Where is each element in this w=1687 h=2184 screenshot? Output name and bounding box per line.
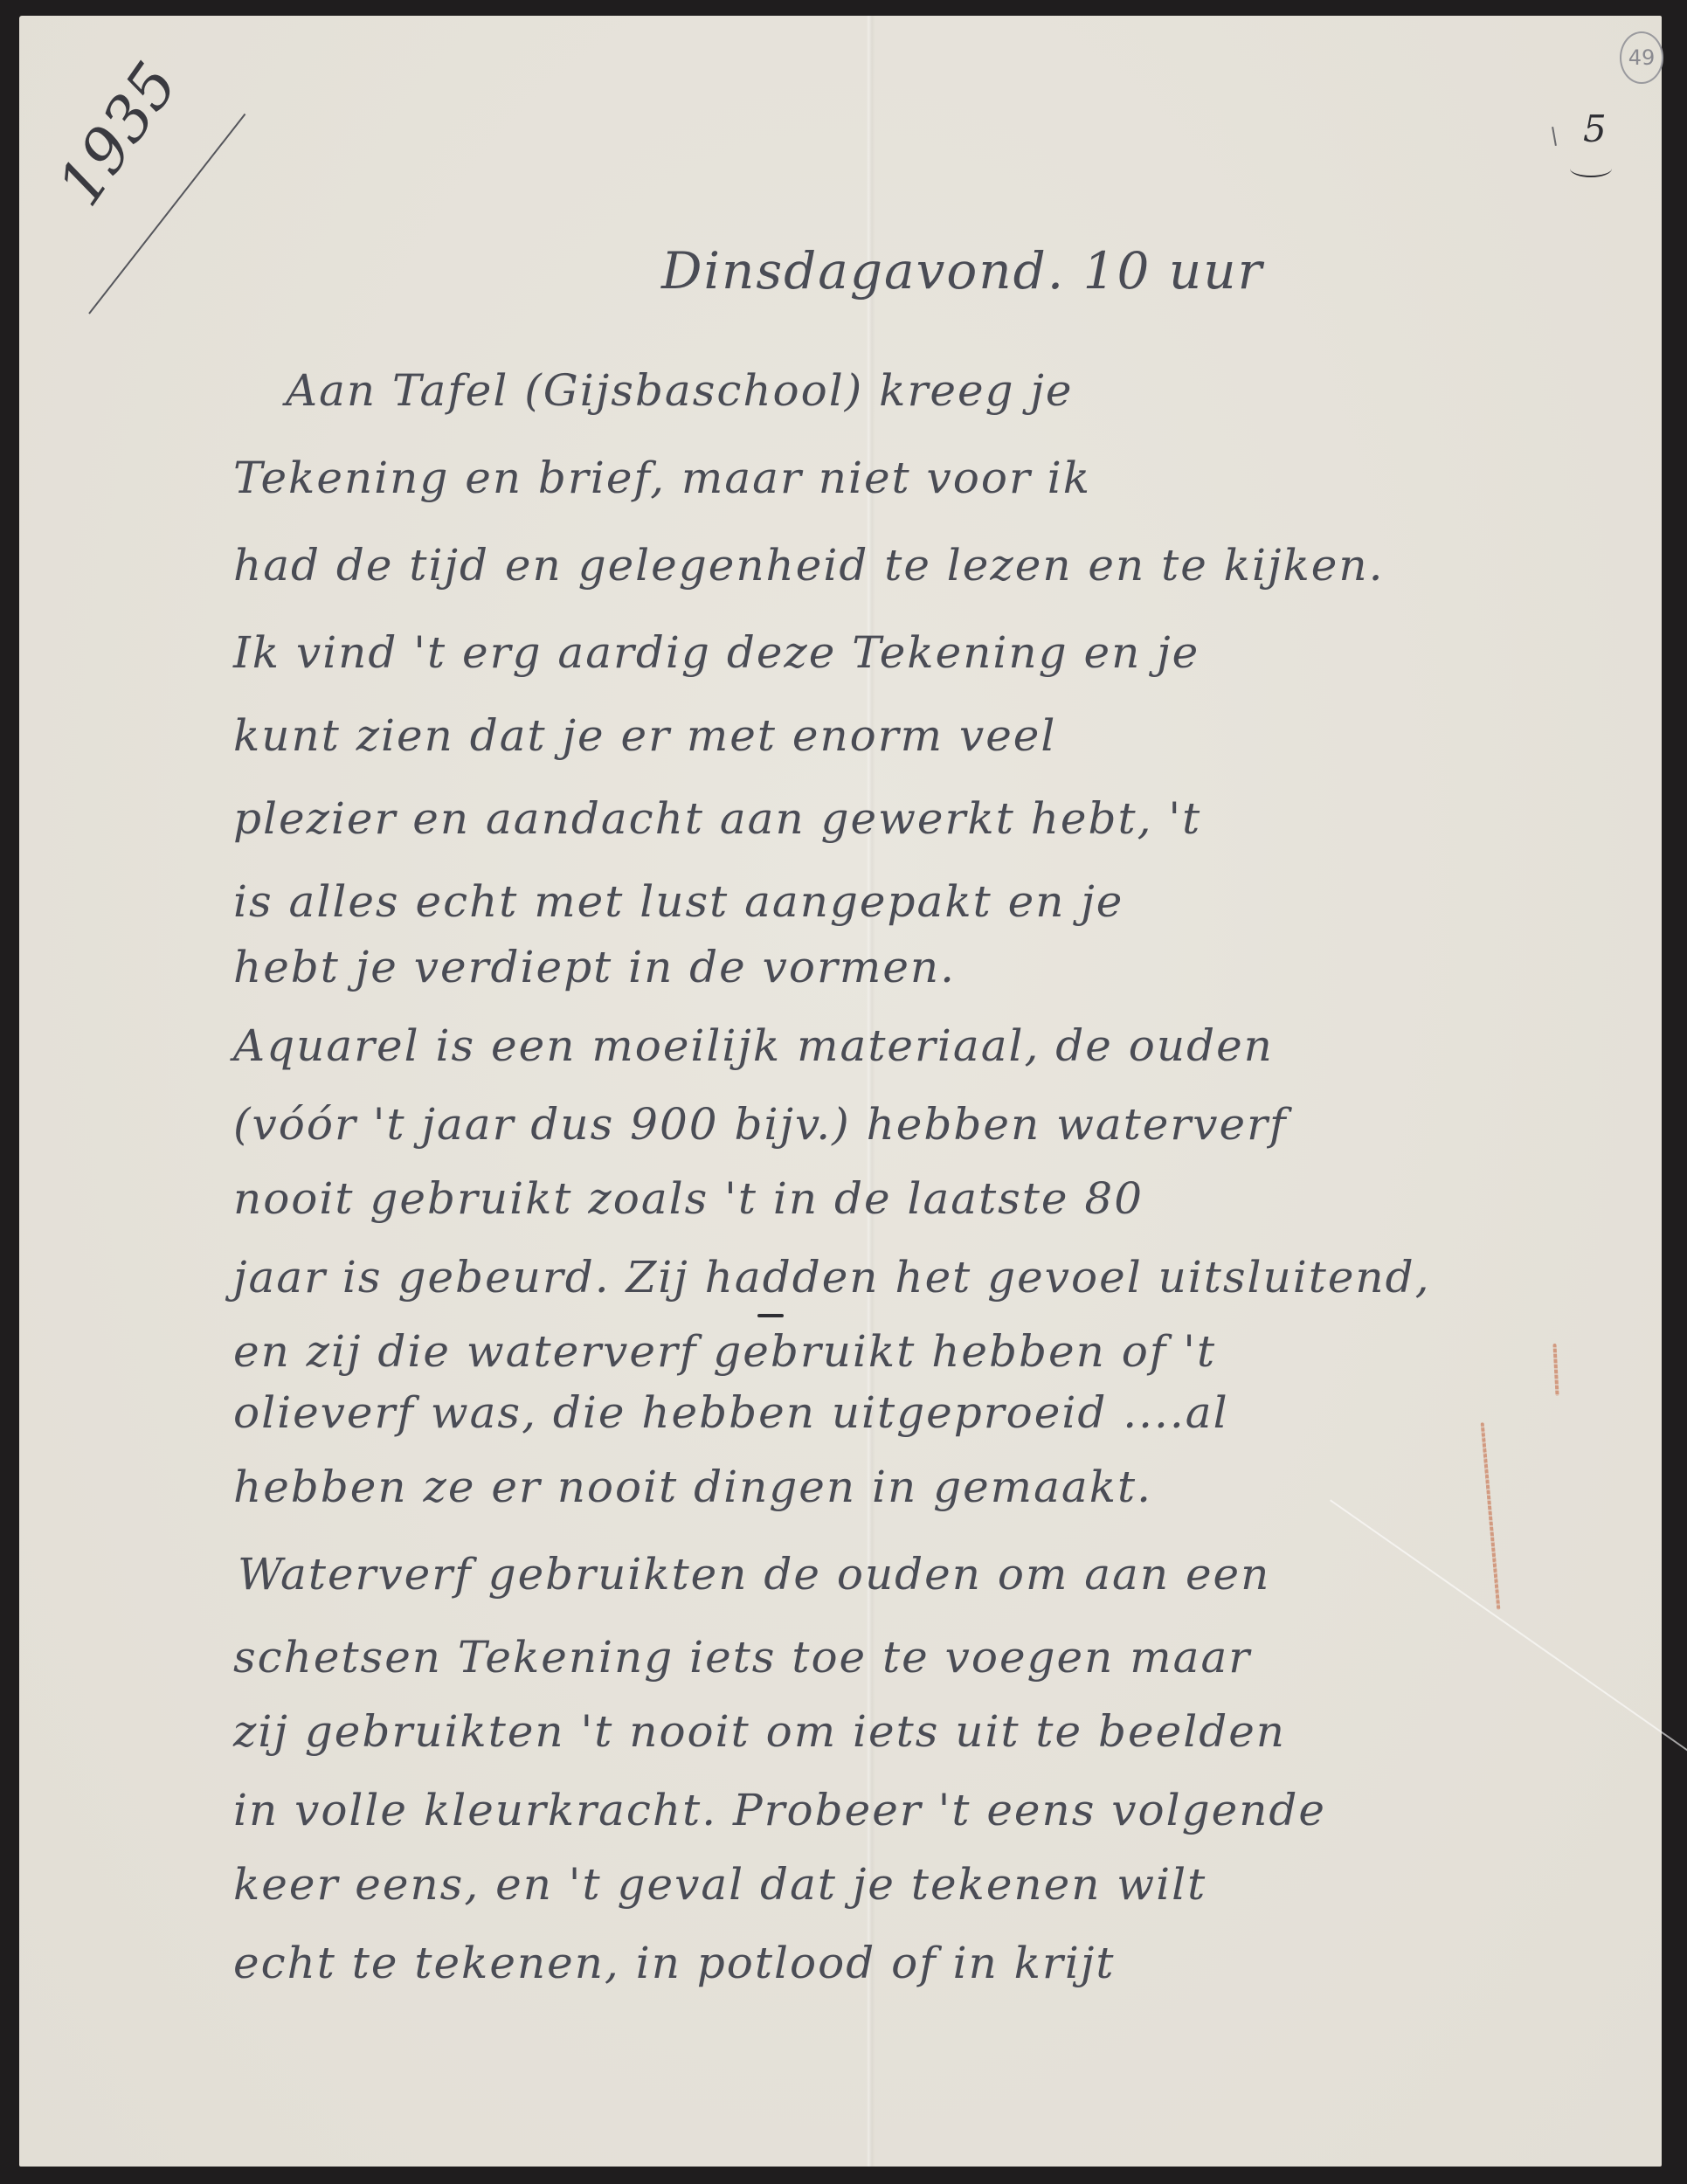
letter-line: zij gebruikten 't nooit om iets uit te b… <box>233 1706 1286 1757</box>
letter-line: kunt zien dat je er met enorm veel <box>233 710 1056 761</box>
red-pencil-mark <box>1481 1422 1501 1610</box>
letter-line: hebben ze er nooit dingen in gemaakt. <box>233 1462 1152 1512</box>
letter-line: (vóór 't jaar dus 900 bijv.) hebben wate… <box>233 1099 1288 1150</box>
letter-line: Waterverf gebruikten de ouden om aan een <box>238 1549 1270 1600</box>
letter-page: 1935 49 5 Dinsdagavond. 10 uur Aan Tafel… <box>19 16 1662 2167</box>
letter-line: Ik vind 't erg aardig deze Tekening en j… <box>233 627 1200 678</box>
letter-heading: Dinsdagavond. 10 uur <box>661 241 1263 301</box>
letter-line: olieverf was, die hebben uitgeproeid ...… <box>233 1387 1229 1438</box>
letter-line: in volle kleurkracht. Probeer 't eens vo… <box>233 1785 1326 1835</box>
underline-mark <box>757 1314 784 1317</box>
paper-fold-crease <box>1330 1499 1687 1862</box>
letter-line: jaar is gebeurd. Zij hadden het gevoel u… <box>233 1252 1431 1303</box>
letter-line: had de tijd en gelegenheid te lezen en t… <box>233 540 1384 591</box>
page-number: 5 <box>1583 107 1607 150</box>
archive-number-circled: 49 <box>1620 31 1663 84</box>
letter-line: is alles echt met lust aangepakt en je <box>233 876 1124 927</box>
letter-line: en zij die waterverf gebruikt hebben of … <box>233 1326 1216 1377</box>
year-annotation: 1935 <box>44 50 191 218</box>
letter-line: Aquarel is een moeilijk materiaal, de ou… <box>233 1020 1274 1071</box>
letter-line: Tekening en brief, maar niet voor ik <box>233 453 1091 503</box>
red-pencil-mark <box>1552 1344 1559 1396</box>
letter-line: hebt je verdiept in de vormen. <box>233 942 956 992</box>
letter-line: keer eens, en 't geval dat je tekenen wi… <box>233 1859 1206 1910</box>
page-number-underline-mark <box>1570 160 1612 177</box>
letter-line: echt te tekenen, in potlood of in krijt <box>233 1938 1115 1988</box>
letter-line: nooit gebruikt zoals 't in de laatste 80 <box>233 1173 1144 1224</box>
pencil-tick-mark <box>1552 127 1557 146</box>
letter-line: plezier en aandacht aan gewerkt hebt, 't <box>233 793 1201 844</box>
letter-line: Aan Tafel (Gijsbaschool) kreeg je <box>286 365 1074 416</box>
letter-line: schetsen Tekening iets toe te voegen maa… <box>233 1632 1251 1683</box>
